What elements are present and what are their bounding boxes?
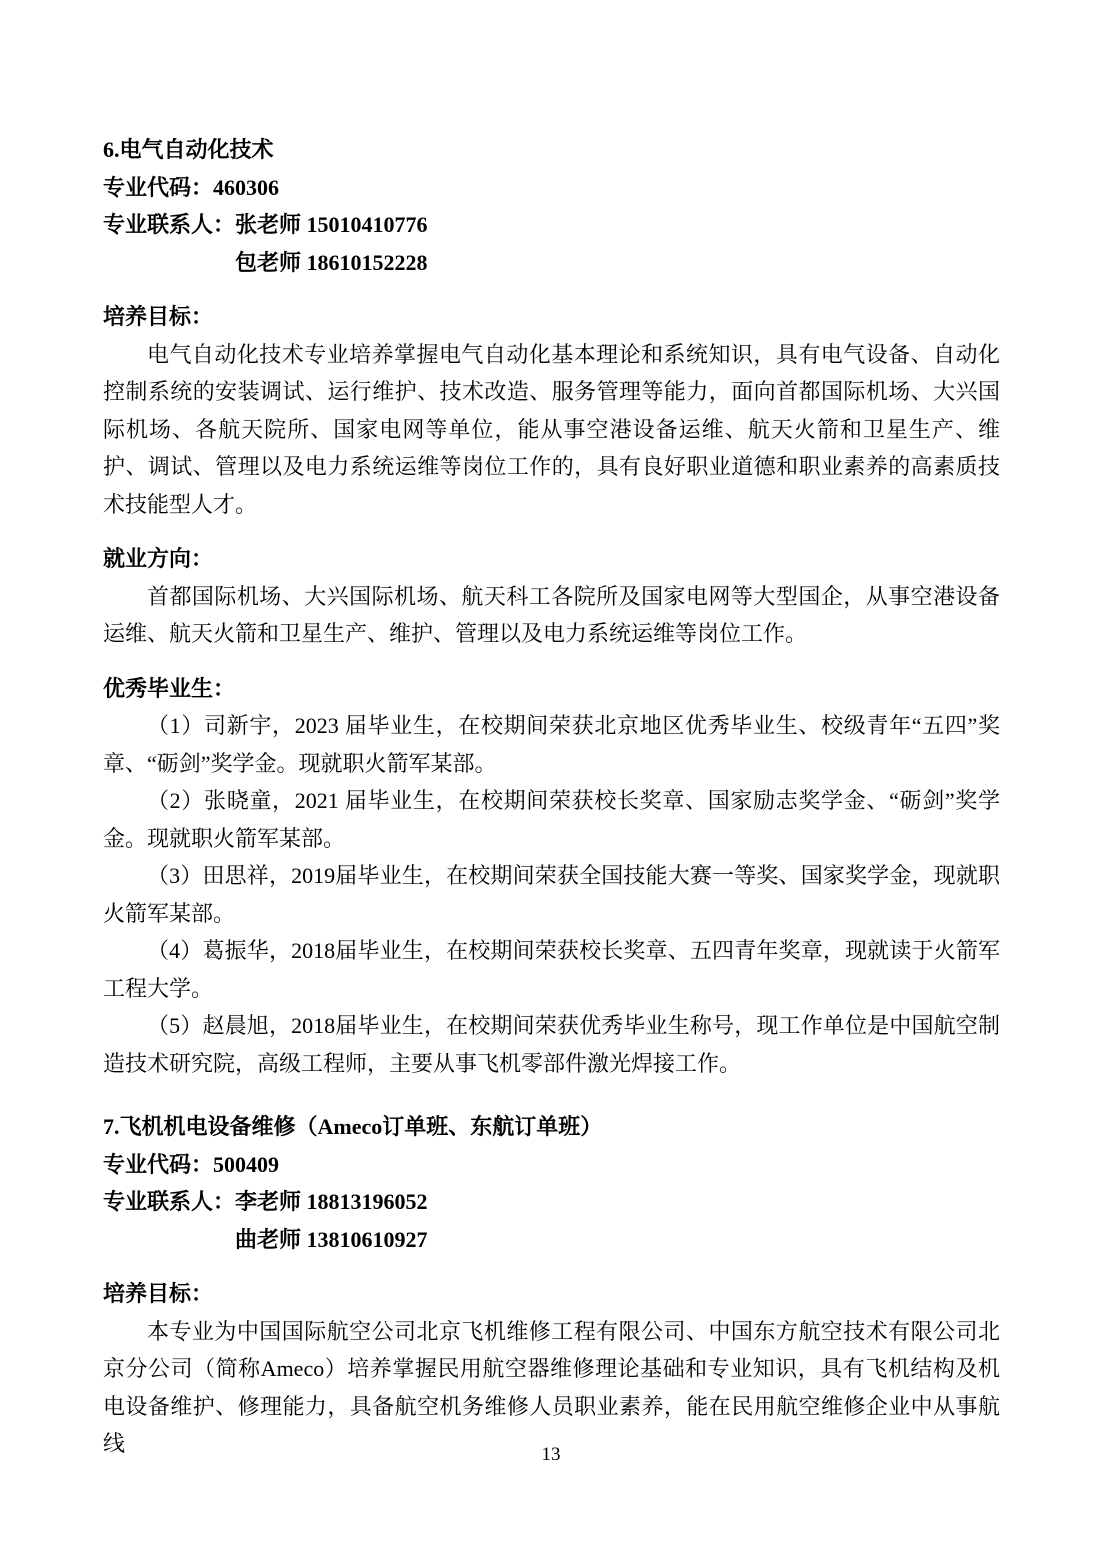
major-code-label: 专业代码： — [103, 175, 213, 200]
page-content: 6.电气自动化技术 专业代码：460306 专业联系人：张老师 15010410… — [103, 131, 1000, 1463]
section-6-training-objective-paragraph: 电气自动化技术专业培养掌握电气自动化基本理论和系统知识，具有电气设备、自动化控制… — [103, 336, 1000, 524]
section-7-contact-line-1: 专业联系人：李老师 18813196052 — [103, 1183, 1000, 1221]
contact-1: 张老师 15010410776 — [235, 212, 428, 237]
section-6-contact-line-1: 专业联系人：张老师 15010410776 — [103, 206, 1000, 244]
graduate-item-2: （2）张晓童，2021 届毕业生，在校期间荣获校长奖章、国家励志奖学金、“砺剑”… — [103, 782, 1000, 857]
section-6-outstanding-graduates-title: 优秀毕业生： — [103, 670, 1000, 708]
section-aircraft-maintenance: 7.飞机机电设备维修（Ameco订单班、东航订单班） 专业代码：500409 专… — [103, 1108, 1000, 1463]
contact-2: 包老师 18610152228 — [235, 250, 428, 275]
major-code-value: 500409 — [213, 1152, 279, 1177]
section-6-employment-direction-paragraph: 首都国际机场、大兴国际机场、航天科工各院所及国家电网等大型国企，从事空港设备运维… — [103, 578, 1000, 653]
contact-2: 曲老师 13810610927 — [235, 1227, 428, 1252]
section-6-heading: 6.电气自动化技术 — [103, 131, 1000, 169]
section-6-major-code-line: 专业代码：460306 — [103, 169, 1000, 207]
graduate-item-5: （5）赵晨旭，2018届毕业生，在校期间荣获优秀毕业生称号，现工作单位是中国航空… — [103, 1007, 1000, 1082]
section-7-contact-line-2: 曲老师 13810610927 — [103, 1221, 1000, 1259]
page-number: 13 — [0, 1442, 1102, 1468]
section-7-major-code-line: 专业代码：500409 — [103, 1146, 1000, 1184]
section-6-contact-line-2: 包老师 18610152228 — [103, 244, 1000, 282]
major-code-label: 专业代码： — [103, 1152, 213, 1177]
major-code-value: 460306 — [213, 175, 279, 200]
section-6-training-objective-title: 培养目标： — [103, 298, 1000, 336]
section-6-employment-direction-title: 就业方向： — [103, 540, 1000, 578]
graduate-item-3: （3）田思祥，2019届毕业生，在校期间荣获全国技能大赛一等奖、国家奖学金，现就… — [103, 857, 1000, 932]
contact-1: 李老师 18813196052 — [235, 1189, 428, 1214]
section-7-heading: 7.飞机机电设备维修（Ameco订单班、东航订单班） — [103, 1108, 1000, 1146]
graduate-item-1: （1）司新宇，2023 届毕业生，在校期间荣获北京地区优秀毕业生、校级青年“五四… — [103, 707, 1000, 782]
section-7-training-objective-paragraph: 本专业为中国国际航空公司北京飞机维修工程有限公司、中国东方航空技术有限公司北京分… — [103, 1313, 1000, 1463]
contact-label: 专业联系人： — [103, 212, 235, 237]
document-page: 6.电气自动化技术 专业代码：460306 专业联系人：张老师 15010410… — [0, 0, 1102, 1559]
section-electrical-automation: 6.电气自动化技术 专业代码：460306 专业联系人：张老师 15010410… — [103, 131, 1000, 1082]
contact-label: 专业联系人： — [103, 1189, 235, 1214]
graduate-item-4: （4）葛振华，2018届毕业生，在校期间荣获校长奖章、五四青年奖章，现就读于火箭… — [103, 932, 1000, 1007]
section-7-training-objective-title: 培养目标： — [103, 1275, 1000, 1313]
